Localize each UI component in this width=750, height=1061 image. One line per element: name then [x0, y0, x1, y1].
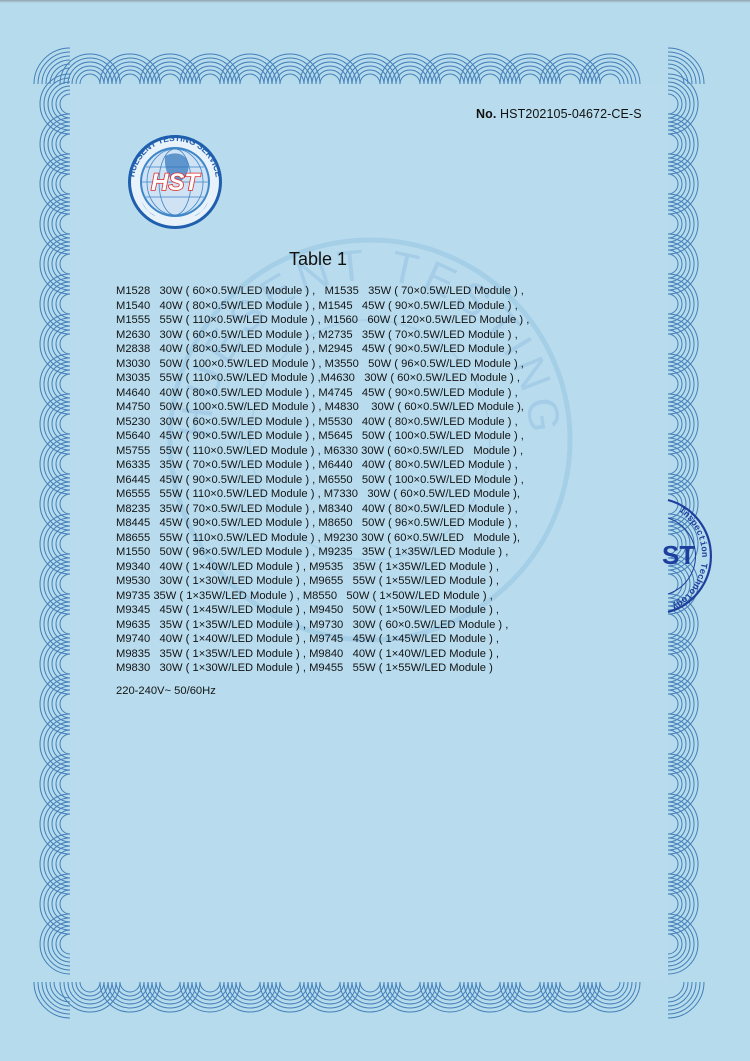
model-row: M9635 35W ( 1×35W/LED Module ) , M9730 3…	[116, 618, 529, 633]
model-row: M6445 45W ( 90×0.5W/LED Module ) , M6550…	[116, 473, 529, 488]
model-row: M1555 55W ( 110×0.5W/LED Module ) , M156…	[116, 313, 529, 328]
model-row: M9345 45W ( 1×45W/LED Module ) , M9450 5…	[116, 603, 529, 618]
logo-abbr: HST	[151, 169, 201, 196]
model-row: M2630 30W ( 60×0.5W/LED Module ) , M2735…	[116, 328, 529, 343]
model-row: M5230 30W ( 60×0.5W/LED Module ) , M5530…	[116, 415, 529, 430]
model-row: M9835 35W ( 1×35W/LED Module ) , M9840 4…	[116, 647, 529, 662]
model-row: M9340 40W ( 1×40W/LED Module ) , M9535 3…	[116, 560, 529, 575]
model-row: M1528 30W ( 60×0.5W/LED Module ) , M1535…	[116, 284, 529, 299]
model-row: M9735 35W ( 1×35W/LED Module ) , M8550 5…	[116, 589, 529, 604]
model-row: M5755 55W ( 110×0.5W/LED Module ) , M633…	[116, 444, 529, 459]
certificate-page: HUESENT TESTING No. HST202105-04672-CE-S…	[0, 0, 750, 1061]
model-row: M3035 55W ( 110×0.5W/LED Module ) ,M4630…	[116, 371, 529, 386]
rated-voltage: 220-240V~ 50/60Hz	[116, 685, 216, 697]
model-row: M9530 30W ( 1×30W/LED Module ) , M9655 5…	[116, 574, 529, 589]
hst-logo: HUESENT TESTING SERVICE HST	[120, 132, 230, 230]
model-row: M1550 50W ( 96×0.5W/LED Module ) , M9235…	[116, 545, 529, 560]
model-row: M8445 45W ( 90×0.5W/LED Module ) , M8650…	[116, 516, 529, 531]
model-row: M8235 35W ( 70×0.5W/LED Module ) , M8340…	[116, 502, 529, 517]
model-row: M5640 45W ( 90×0.5W/LED Module ) , M5645…	[116, 429, 529, 444]
certificate-number-value: HST202105-04672-CE-S	[500, 107, 642, 121]
model-row: M4640 40W ( 80×0.5W/LED Module ) , M4745…	[116, 386, 529, 401]
model-row: M2838 40W ( 80×0.5W/LED Module ) , M2945…	[116, 342, 529, 357]
certificate-number: No. HST202105-04672-CE-S	[476, 107, 642, 121]
stamp-abbr: ST	[662, 540, 695, 570]
company-stamp: Inspection Technology Co., Ltd. ST	[660, 496, 750, 616]
model-row: M8655 55W ( 110×0.5W/LED Module ) , M923…	[116, 531, 529, 546]
table-title: Table 1	[289, 249, 347, 270]
model-row: M9830 30W ( 1×30W/LED Module ) , M9455 5…	[116, 661, 529, 676]
certificate-number-label: No.	[476, 107, 496, 121]
model-row: M3030 50W ( 100×0.5W/LED Module ) , M355…	[116, 357, 529, 372]
model-list: M1528 30W ( 60×0.5W/LED Module ) , M1535…	[116, 284, 529, 676]
model-row: M1540 40W ( 80×0.5W/LED Module ) , M1545…	[116, 299, 529, 314]
model-row: M4750 50W ( 100×0.5W/LED Module ) , M483…	[116, 400, 529, 415]
model-row: M6335 35W ( 70×0.5W/LED Module ) , M6440…	[116, 458, 529, 473]
model-row: M6555 55W ( 110×0.5W/LED Module ) , M733…	[116, 487, 529, 502]
model-row: M9740 40W ( 1×40W/LED Module ) , M9745 4…	[116, 632, 529, 647]
